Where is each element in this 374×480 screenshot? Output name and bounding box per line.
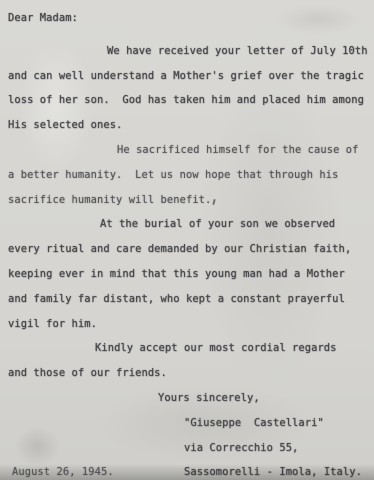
letter-line: keeping ever in mind that this young man… [8, 262, 366, 287]
letter-line: Kindly accept our most cordial regards [8, 336, 366, 361]
letter-line: every ritual and care demanded by our Ch… [8, 237, 366, 262]
letter-line: loss of her son. God has taken him and p… [8, 88, 366, 113]
salutation: Dear Madam: [8, 6, 366, 31]
address-street: via Correcchio 55, [8, 436, 366, 461]
letter-line: and those of our friends. [8, 361, 366, 386]
letter-line: He sacrificed himself for the cause of [8, 138, 366, 163]
letter-date: August 26, 1945. [12, 460, 114, 480]
letter-line: sacrifice humanity will benefit. [8, 188, 366, 213]
letter-line: vigil for him. [8, 312, 366, 337]
letter-line: and can well understand a Mother's grief… [8, 64, 366, 89]
address-city: Sassomorelli - Imola, Italy. [184, 460, 362, 480]
paragraph-regards: Kindly accept our most cordial regardsan… [8, 336, 366, 386]
paragraph-sacrifice: He sacrificed himself for the cause ofa … [8, 138, 366, 212]
signature-name: "Giuseppe Castellari" [8, 411, 366, 436]
letter-line: At the burial of your son we observed [8, 212, 366, 237]
letter-line: a better humanity. Let us now hope that … [8, 163, 366, 188]
paragraph-received-letter: We have received your letter of July 10t… [8, 39, 366, 138]
letter-line: and family far distant, who kept a const… [8, 287, 366, 312]
paragraph-burial: At the burial of your son we observedeve… [8, 212, 366, 336]
closing-line: Yours sincerely, [8, 386, 366, 411]
letter-page: Dear Madam: We have received your letter… [0, 0, 374, 480]
letter-line: His selected ones. [8, 113, 366, 138]
bottom-row: August 26, 1945. Sassomorelli - Imola, I… [8, 460, 366, 480]
letter-line: We have received your letter of July 10t… [8, 39, 366, 64]
